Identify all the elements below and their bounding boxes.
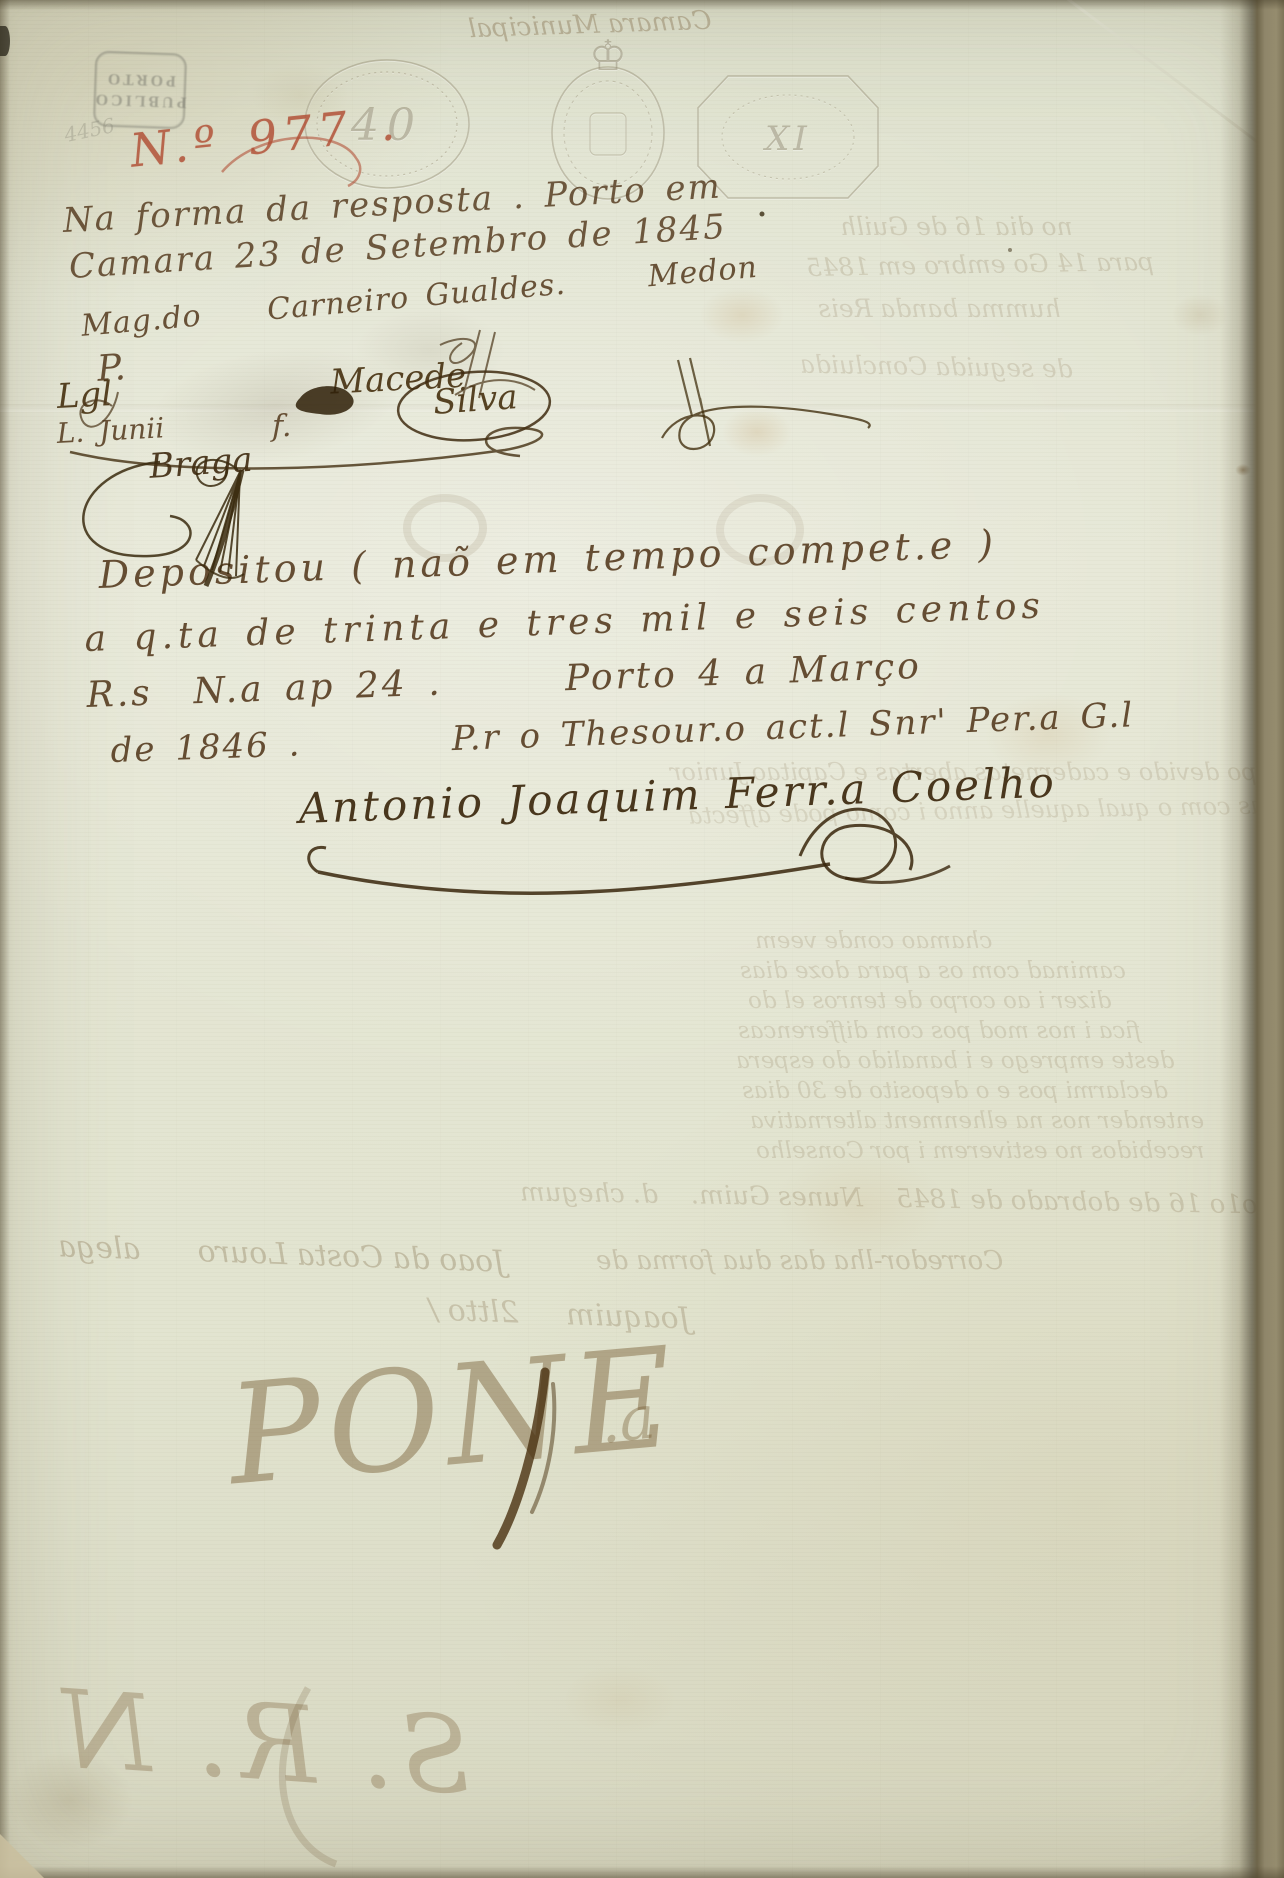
paper-edge-right — [1220, 0, 1284, 1878]
bleedthrough-line: dizer i ao corpo de tenros el do — [748, 990, 1111, 1013]
paper-edge-bottom — [0, 1866, 1284, 1878]
bleedthrough-line: Corredor-lha das dua forma de — [596, 1248, 1003, 1274]
corner-fold — [0, 1834, 44, 1878]
bleedthrough-line: entender nos na elhenment alternativa — [750, 1110, 1204, 1133]
stamp-line-1: PUBLICO — [92, 89, 187, 111]
paper-edge-top — [0, 0, 1284, 10]
bleedthrough-line: fica i nos mod pos com differencas — [738, 1020, 1141, 1043]
bleedthrough-line: caminad com os a para doze dias — [740, 960, 1126, 983]
paraph-mark: f. — [272, 412, 292, 442]
bleedthrough-line: humma banda Reis — [818, 296, 1061, 321]
bleedthrough-line: para 14 Go embro em 1845 — [806, 249, 1154, 280]
stamp-line-2: PORTO — [105, 69, 177, 91]
bleedthrough-line: no dia 16 de Guilh — [840, 214, 1073, 239]
bleedthrough-line: recebidos no estiverem i por Conselho — [756, 1140, 1204, 1163]
paper-edge-left — [0, 0, 10, 1878]
edge-tear — [0, 26, 10, 56]
bleedthrough-corner: S. R. N — [51, 1676, 476, 1811]
bleedthrough-line: chamao conde veem — [755, 930, 992, 953]
bleedthrough-large-suffix: .a — [597, 1387, 658, 1452]
bleedthrough-line: declarmi pos e o deposito de 30 dias — [742, 1080, 1168, 1103]
signature-silva: Silva — [432, 380, 519, 420]
approval-signature-sub: L. Junii — [56, 414, 165, 448]
seal-value: XI — [762, 119, 811, 159]
signature-braga: Braga — [148, 443, 254, 484]
bleedthrough-line: de seguida Concluida — [800, 352, 1073, 382]
document-page: 40 ♔ XI PUBLICO PORTO 4456 N.º 977 . Cam… — [0, 0, 1284, 1878]
bleedthrough-line: deste emprego e i banalido do espera — [736, 1050, 1174, 1073]
